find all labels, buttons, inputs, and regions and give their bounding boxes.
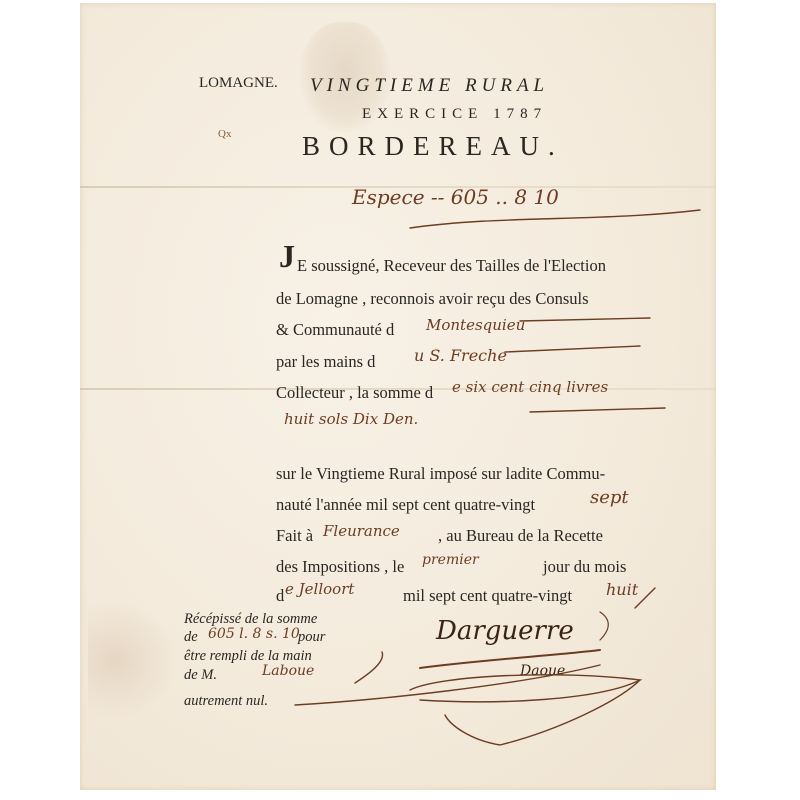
pen-flourishes bbox=[0, 0, 800, 800]
